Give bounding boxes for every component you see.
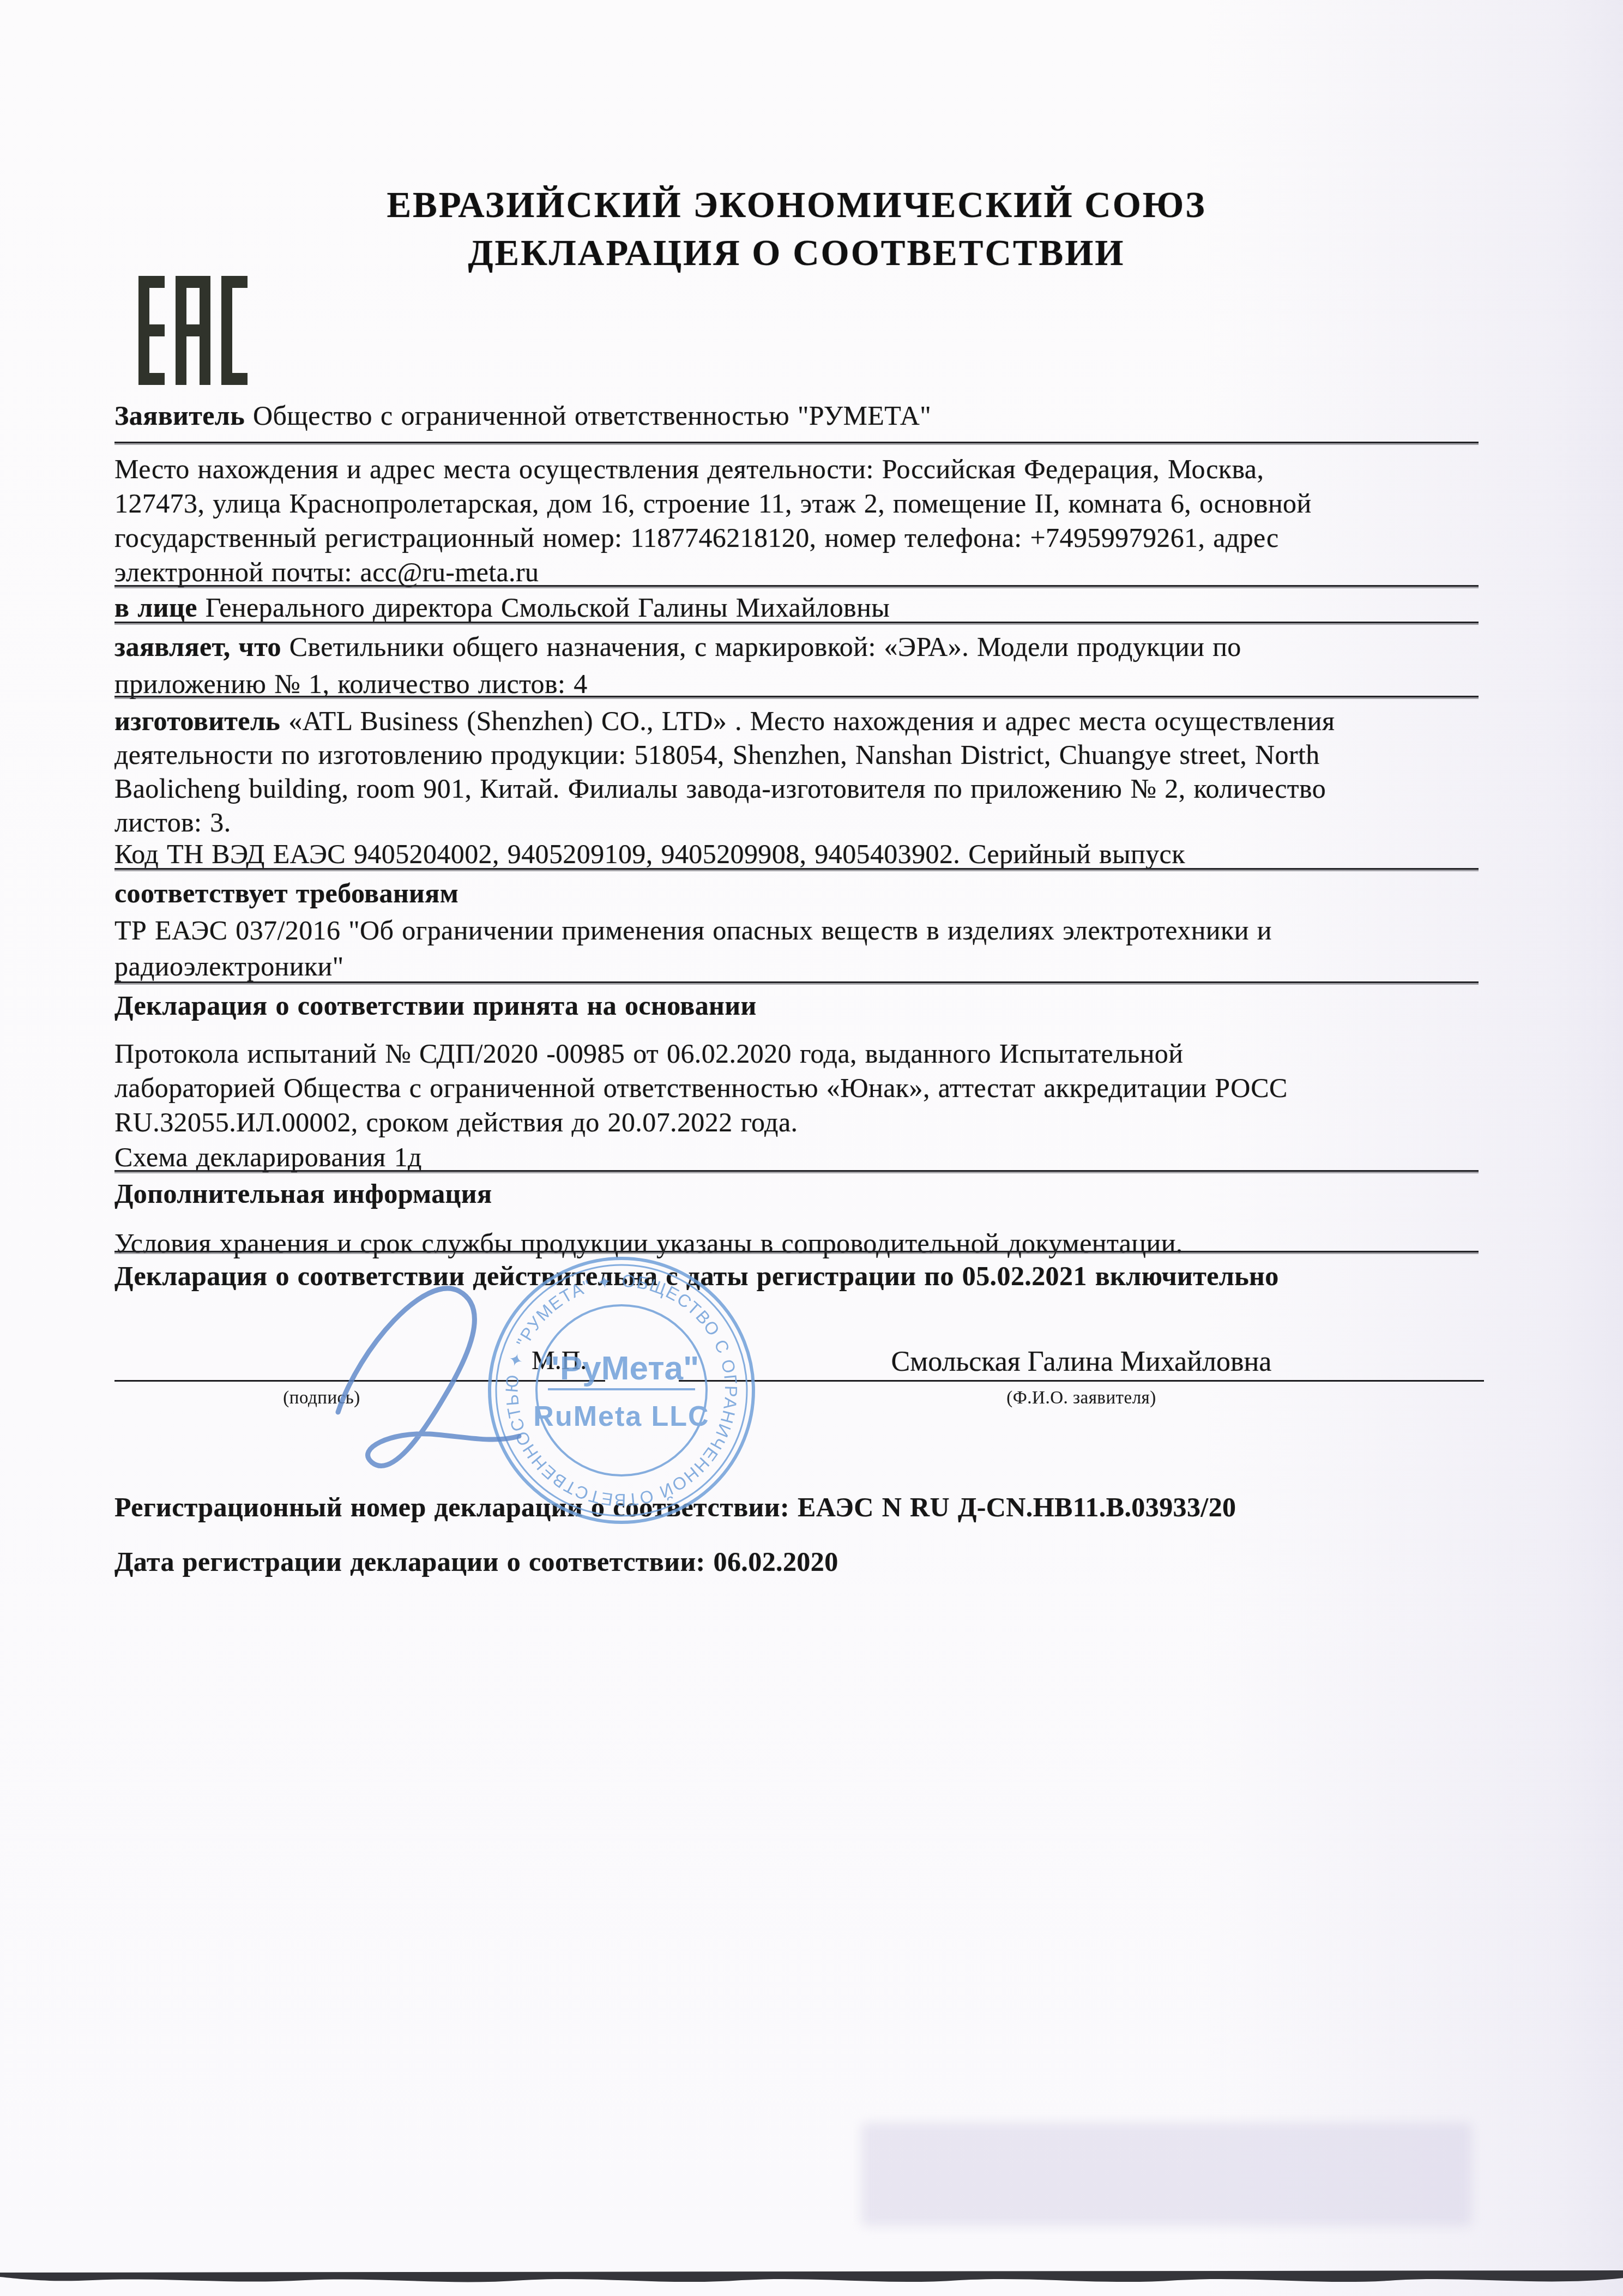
divider-rule (114, 622, 1479, 623)
declarant-label: Заявитель (114, 400, 245, 431)
basis-heading: Декларация о соответствии принята на осн… (114, 990, 1510, 1022)
storage-line: Условия хранения и срок службы продукции… (114, 1228, 1510, 1260)
divider-rule (114, 981, 1479, 983)
scanner-edge-shadow (0, 2267, 1623, 2294)
address-line: государственный регистрационный номер: 1… (114, 522, 1510, 554)
declares-line: приложению № 1, количество листов: 4 (114, 668, 1510, 700)
scan-artifact-patch (861, 2123, 1472, 2226)
in-person-label: в лице (114, 592, 197, 623)
declarant-value: Общество с ограниченной ответственностью… (253, 400, 931, 431)
in-person-line: в лице Генерального директора Смольской … (114, 592, 1510, 624)
fio-line (679, 1380, 1484, 1382)
divider-rule (114, 696, 1479, 697)
in-person-value: Генерального директора Смольской Галины … (206, 592, 890, 623)
declares-line: заявляет, что Светильники общего назначе… (114, 631, 1510, 663)
tech-reg-line: радиоэлектроники" (114, 951, 1510, 983)
divider-rule (114, 585, 1479, 587)
page-subtitle: ДЕКЛАРАЦИЯ О СООТВЕТСТВИИ (114, 232, 1479, 274)
tn-ved-line: Код ТН ВЭД ЕАЭС 9405204002, 9405209109, … (114, 839, 1510, 870)
scheme-line: Схема декларирования 1д (114, 1142, 1510, 1173)
address-line: Место нахождения и адрес места осуществл… (114, 454, 1510, 485)
manufacturer-label: изготовитель (114, 706, 280, 736)
fio-caption: (Ф.И.О. заявителя) (679, 1388, 1484, 1408)
applicant-name: Смольская Галина Михайловна (679, 1346, 1484, 1378)
registration-date-line: Дата регистрации декларации о соответств… (114, 1546, 1510, 1578)
divider-rule (114, 868, 1479, 870)
manufacturer-line: изготовитель «ATL Business (Shenzhen) CO… (114, 706, 1510, 737)
eac-mark-icon (137, 276, 249, 385)
manufacturer-value: «ATL Business (Shenzhen) CO., LTD» . Мес… (288, 706, 1335, 736)
page-title: ЕВРАЗИЙСКИЙ ЭКОНОМИЧЕСКИЙ СОЮЗ (114, 184, 1479, 226)
complies-heading: соответствует требованиям (114, 878, 1510, 909)
declarant-line: Заявитель Общество с ограниченной ответс… (114, 400, 1510, 432)
manufacturer-line: Baolicheng building, room 901, Китай. Фи… (114, 773, 1510, 805)
additional-heading: Дополнительная информация (114, 1178, 1510, 1210)
protocol-line: лабораторией Общества с ограниченной отв… (114, 1072, 1510, 1104)
declaration-document-page: ЕВРАЗИЙСКИЙ ЭКОНОМИЧЕСКИЙ СОЮЗ ДЕКЛАРАЦИ… (0, 0, 1623, 2296)
declares-label: заявляет, что (114, 631, 281, 662)
protocol-line: Протокола испытаний № СДП/2020 -00985 от… (114, 1038, 1510, 1070)
divider-rule (114, 1251, 1479, 1252)
declares-value: Светильники общего назначения, с маркиро… (289, 631, 1241, 662)
divider-rule (114, 1170, 1479, 1172)
manufacturer-line: листов: 3. (114, 807, 1510, 839)
handwritten-signature (262, 1270, 632, 1499)
protocol-line: RU.32055.ИЛ.00002, сроком действия до 20… (114, 1107, 1510, 1138)
address-line: 127473, улица Краснопролетарская, дом 16… (114, 488, 1510, 520)
manufacturer-line: деятельности по изготовлению продукции: … (114, 739, 1510, 771)
divider-rule (114, 442, 1479, 443)
tech-reg-line: ТР ЕАЭС 037/2016 "Об ограничении примене… (114, 915, 1510, 947)
address-line: электронной почты: acc@ru-meta.ru (114, 557, 1510, 588)
